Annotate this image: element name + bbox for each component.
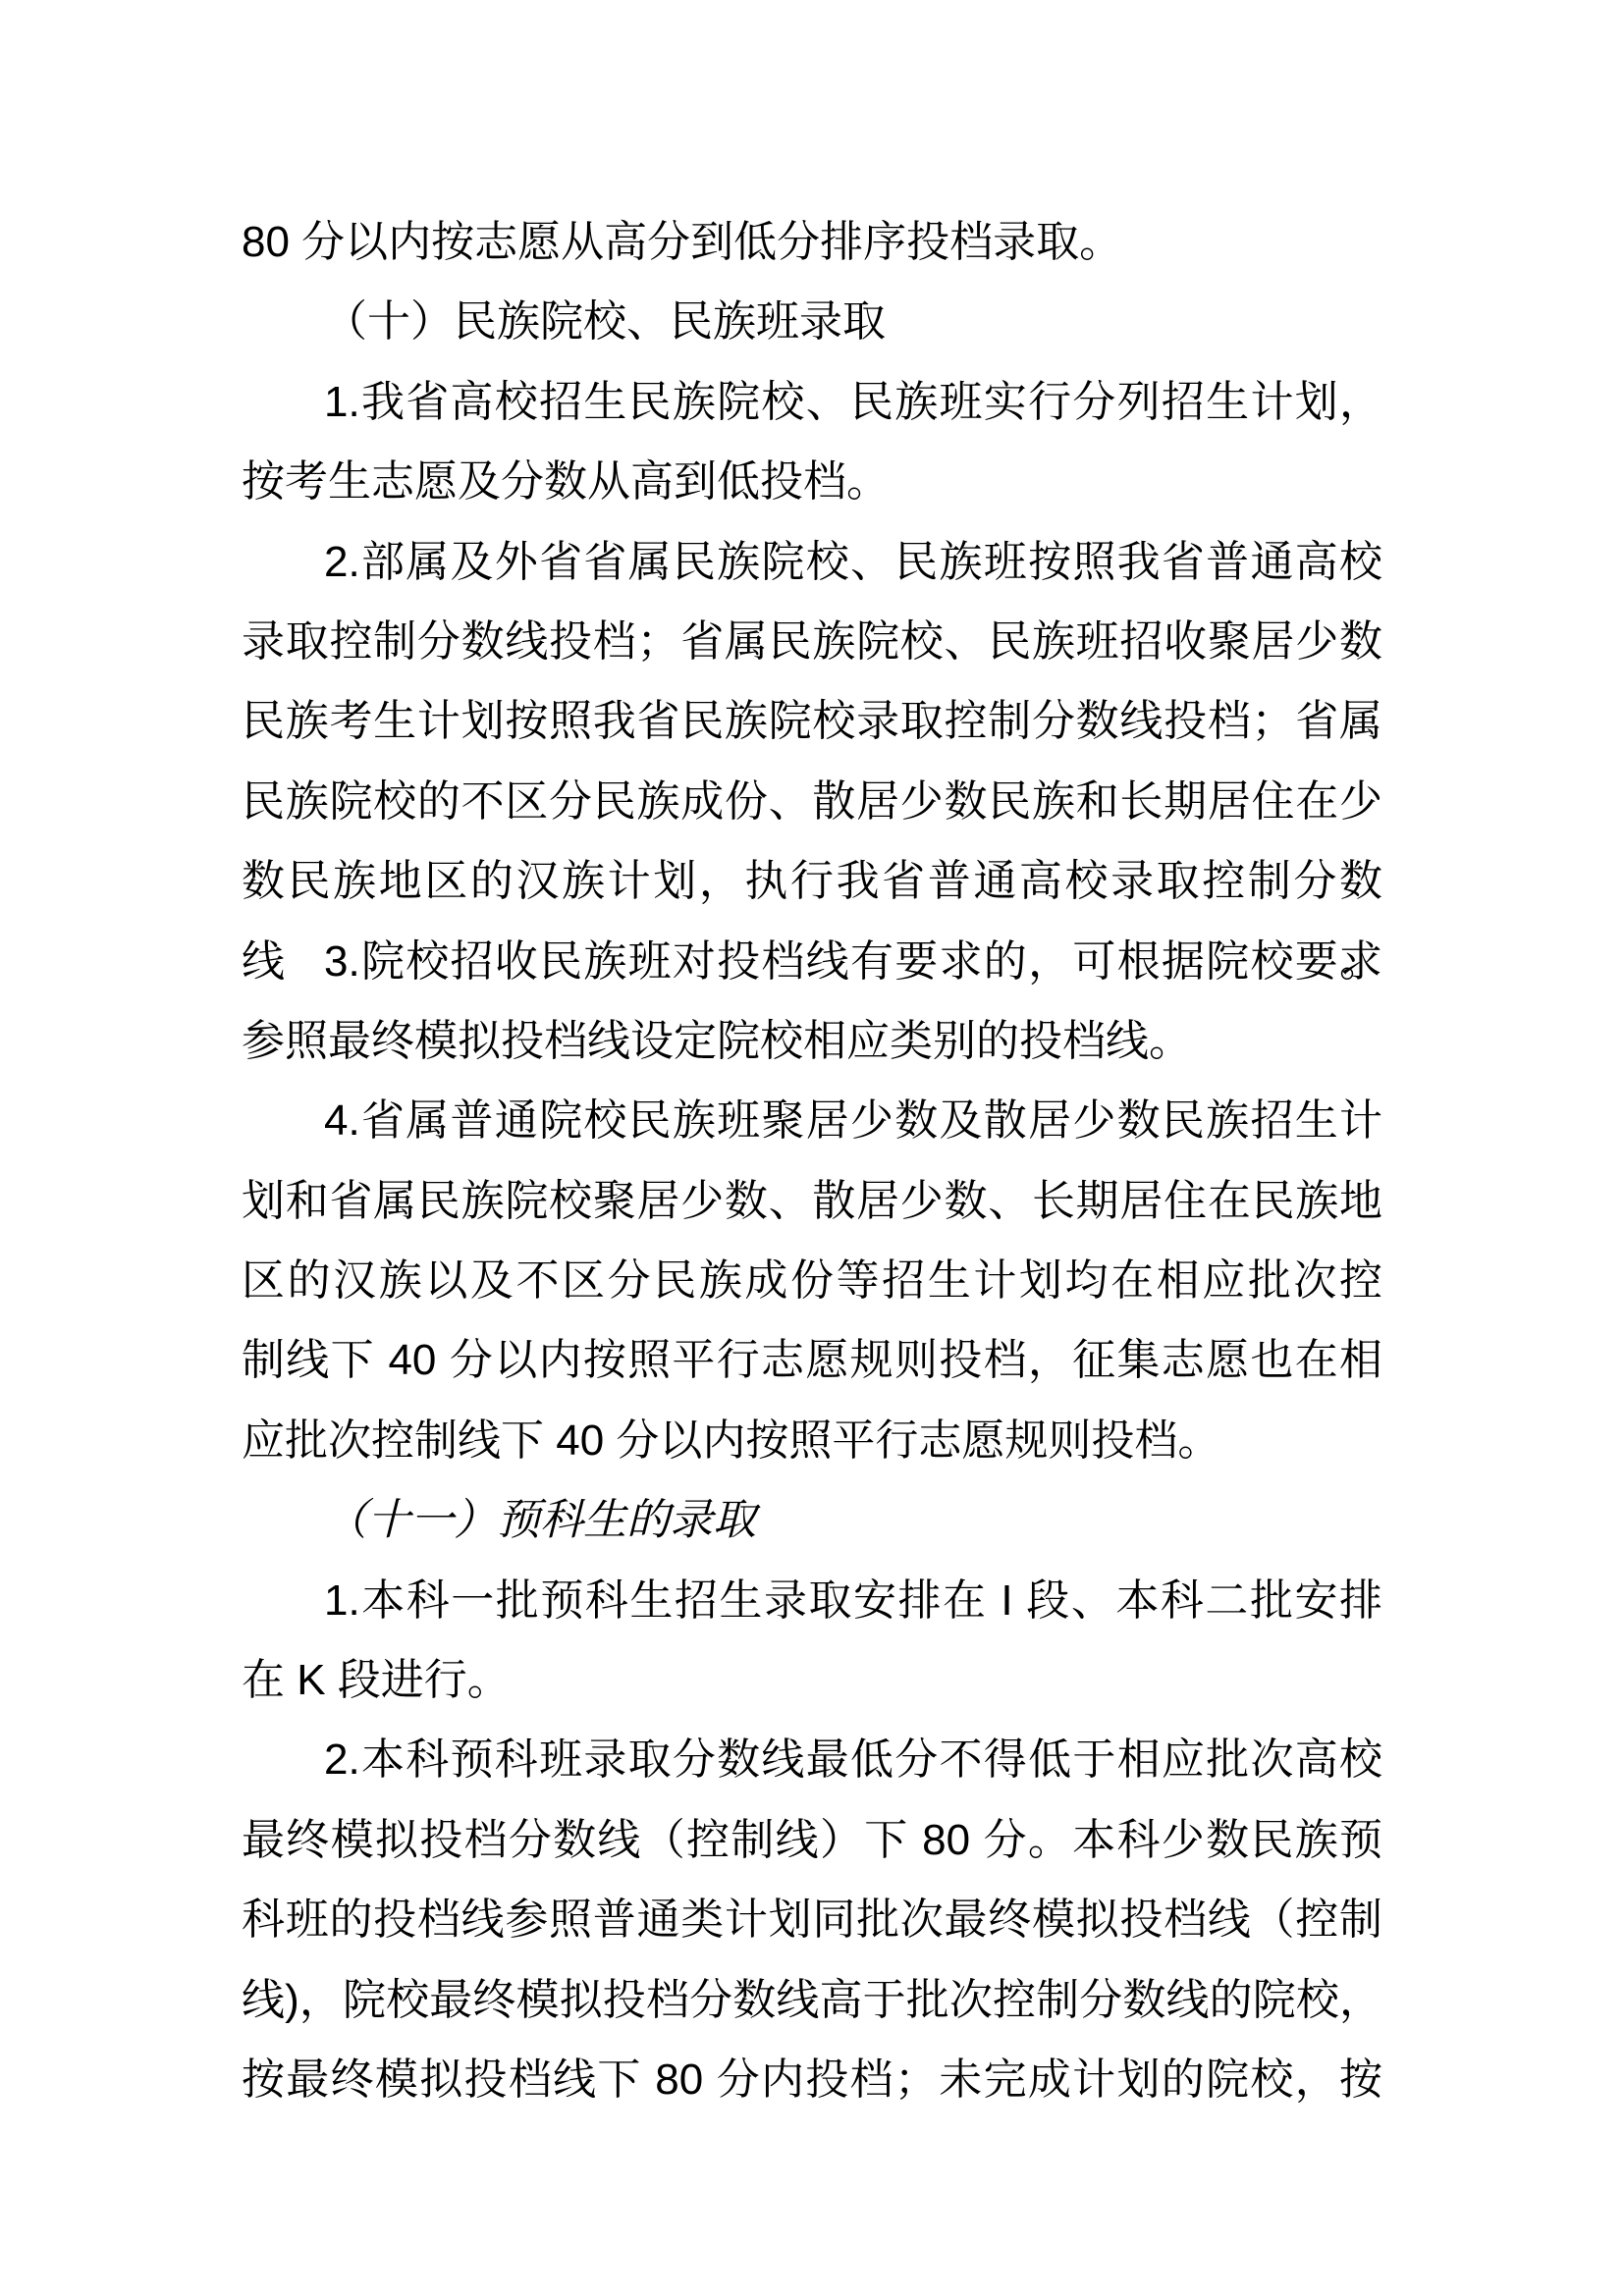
body-line: 数民族地区的汉族计划，执行我省普通高校录取控制分数线。 [242,841,1382,921]
body-line: 1.我省高校招生民族院校、民族班实行分列招生计划， [242,362,1382,442]
body-line: 民族院校的不区分民族成份、散居少数民族和长期居住在少 [242,762,1382,841]
body-line: 线)，院校最终模拟投档分数线高于批次控制分数线的院校， [242,1960,1382,2040]
body-line: 制线下 40 分以内按照平行志愿规则投档，征集志愿也在相 [242,1320,1382,1400]
body-line: 在 K 段进行。 [242,1640,1382,1720]
document-page: 80 分以内按志愿从高分到低分排序投档录取。 （十）民族院校、民族班录取 1.我… [0,0,1624,2296]
body-line: 录取控制分数线投档；省属民族院校、民族班招收聚居少数 [242,602,1382,681]
body-line: 80 分以内按志愿从高分到低分排序投档录取。 [242,202,1382,282]
body-line: 按最终模拟投档线下 80 分内投档；未完成计划的院校，按 [242,2040,1382,2119]
body-line: 4.省属普通院校民族班聚居少数及散居少数民族招生计 [242,1081,1382,1160]
body-line: 2.部属及外省省属民族院校、民族班按照我省普通高校 [242,522,1382,602]
body-line: 应批次控制线下 40 分以内按照平行志愿规则投档。 [242,1401,1382,1480]
body-line: 区的汉族以及不区分民族成份等招生计划均在相应批次控 [242,1241,1382,1320]
body-line: 2.本科预科班录取分数线最低分不得低于相应批次高校 [242,1720,1382,1799]
body-line: 参照最终模拟投档线设定院校相应类别的投档线。 [242,1001,1382,1081]
body-line: 3.院校招收民族班对投档线有要求的，可根据院校要求 [242,922,1382,1001]
body-line: 最终模拟投档分数线（控制线）下 80 分。本科少数民族预 [242,1800,1382,1880]
body-line: 科班的投档线参照普通类计划同批次最终模拟投档线（控制 [242,1880,1382,1959]
text-block: 80 分以内按志愿从高分到低分排序投档录取。 （十）民族院校、民族班录取 1.我… [242,202,1382,2119]
body-line: 按考生志愿及分数从高到低投档。 [242,442,1382,521]
body-line: 1.本科一批预科生招生录取安排在 I 段、本科二批安排 [242,1561,1382,1640]
body-line: 划和省属民族院校聚居少数、散居少数、长期居住在民族地 [242,1161,1382,1241]
body-line: 民族考生计划按照我省民族院校录取控制分数线投档；省属 [242,681,1382,761]
section-heading-11: （十一）预科生的录取 [242,1480,1382,1560]
section-heading-10: （十）民族院校、民族班录取 [242,282,1382,361]
